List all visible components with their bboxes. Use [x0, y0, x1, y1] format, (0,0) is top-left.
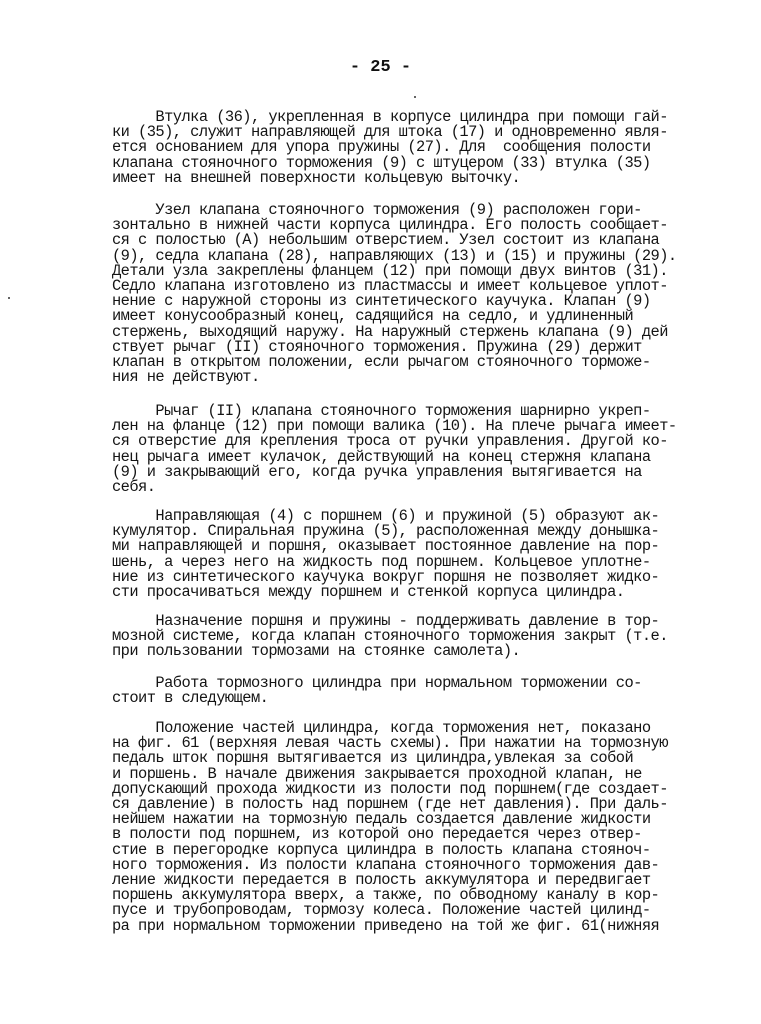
page-number: - 25 - — [0, 58, 761, 77]
document-page: - 25 - Втулка (36), укрепленная в корпус… — [0, 0, 761, 1024]
scan-speck — [8, 297, 10, 299]
text-line: имеет на внешней поверхности кольцевую в… — [112, 171, 520, 186]
text-line: ния не действуют. — [112, 370, 260, 385]
text-line: при пользовании тормозами на стоянке сам… — [112, 644, 520, 659]
text-line: (9) и закрывающий его, когда ручка управ… — [112, 465, 642, 480]
text-line: стоит в следующем. — [112, 691, 268, 706]
scan-speck — [414, 96, 416, 98]
text-line: сти просачиваться между поршнем и стенко… — [112, 585, 624, 600]
text-line: себя. — [112, 480, 155, 495]
text-line: ра при нормальном торможении приведено н… — [112, 919, 659, 934]
